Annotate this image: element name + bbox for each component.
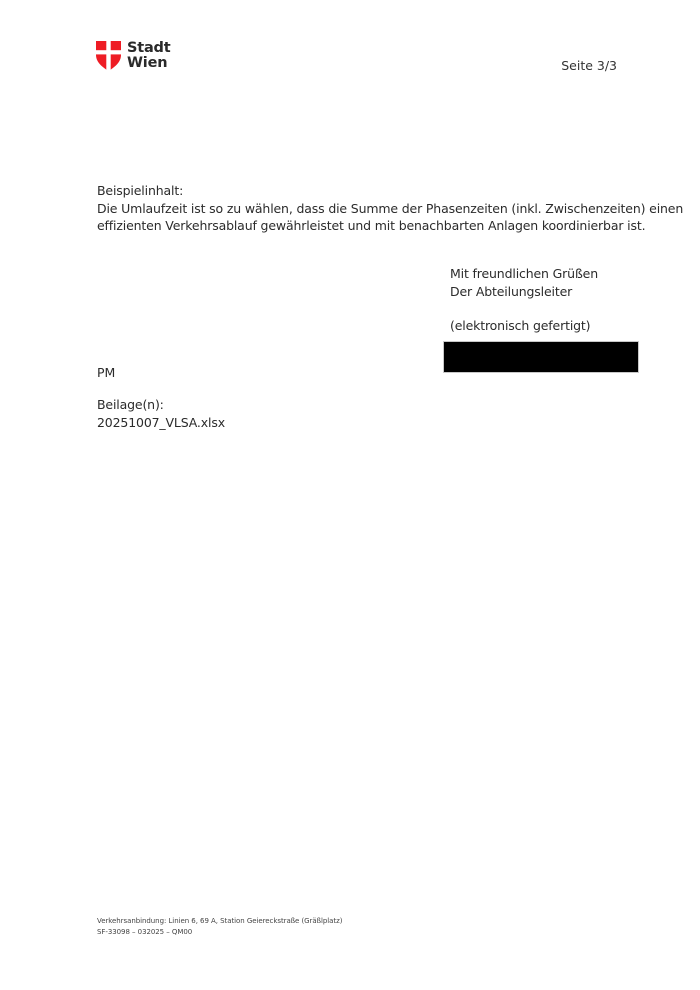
attachments-label: Beilage(n): xyxy=(97,396,225,414)
logo-line-stadt: Stadt xyxy=(127,41,170,56)
body-line: Die Umlaufzeit ist so zu wählen, dass di… xyxy=(97,200,637,218)
greeting: Mit freundlichen Grüßen xyxy=(450,265,598,283)
body-line: effizienten Verkehrsablauf gewährleistet… xyxy=(97,217,637,235)
attachments-block: Beilage(n): 20251007_VLSA.xlsx xyxy=(97,396,225,431)
logo-wordmark: Stadt Wien xyxy=(127,41,170,71)
redacted-signature xyxy=(444,342,638,372)
signature-note: (elektronisch gefertigt) xyxy=(450,317,598,335)
document-page: Stadt Wien Seite 3/3 Beispielinhalt: Die… xyxy=(0,0,700,990)
page-footer: Verkehrsanbindung: Linien 6, 69 A, Stati… xyxy=(97,916,342,938)
body-heading: Beispielinhalt: xyxy=(97,182,637,200)
footer-document-code: SF-33098 – 032025 – QM00 xyxy=(97,927,342,938)
vienna-coat-of-arms-icon xyxy=(96,41,121,71)
footer-transport-info: Verkehrsanbindung: Linien 6, 69 A, Stati… xyxy=(97,916,342,927)
signer-role: Der Abteilungsleiter xyxy=(450,283,598,301)
author-initials: PM xyxy=(97,364,115,382)
closing-block: Mit freundlichen Grüßen Der Abteilungsle… xyxy=(450,265,598,335)
body-content: Beispielinhalt: Die Umlaufzeit ist so zu… xyxy=(97,182,637,235)
page-number: Seite 3/3 xyxy=(561,58,617,73)
logo-line-wien: Wien xyxy=(127,56,170,71)
attachment-file: 20251007_VLSA.xlsx xyxy=(97,414,225,432)
stadt-wien-logo: Stadt Wien xyxy=(96,41,170,71)
